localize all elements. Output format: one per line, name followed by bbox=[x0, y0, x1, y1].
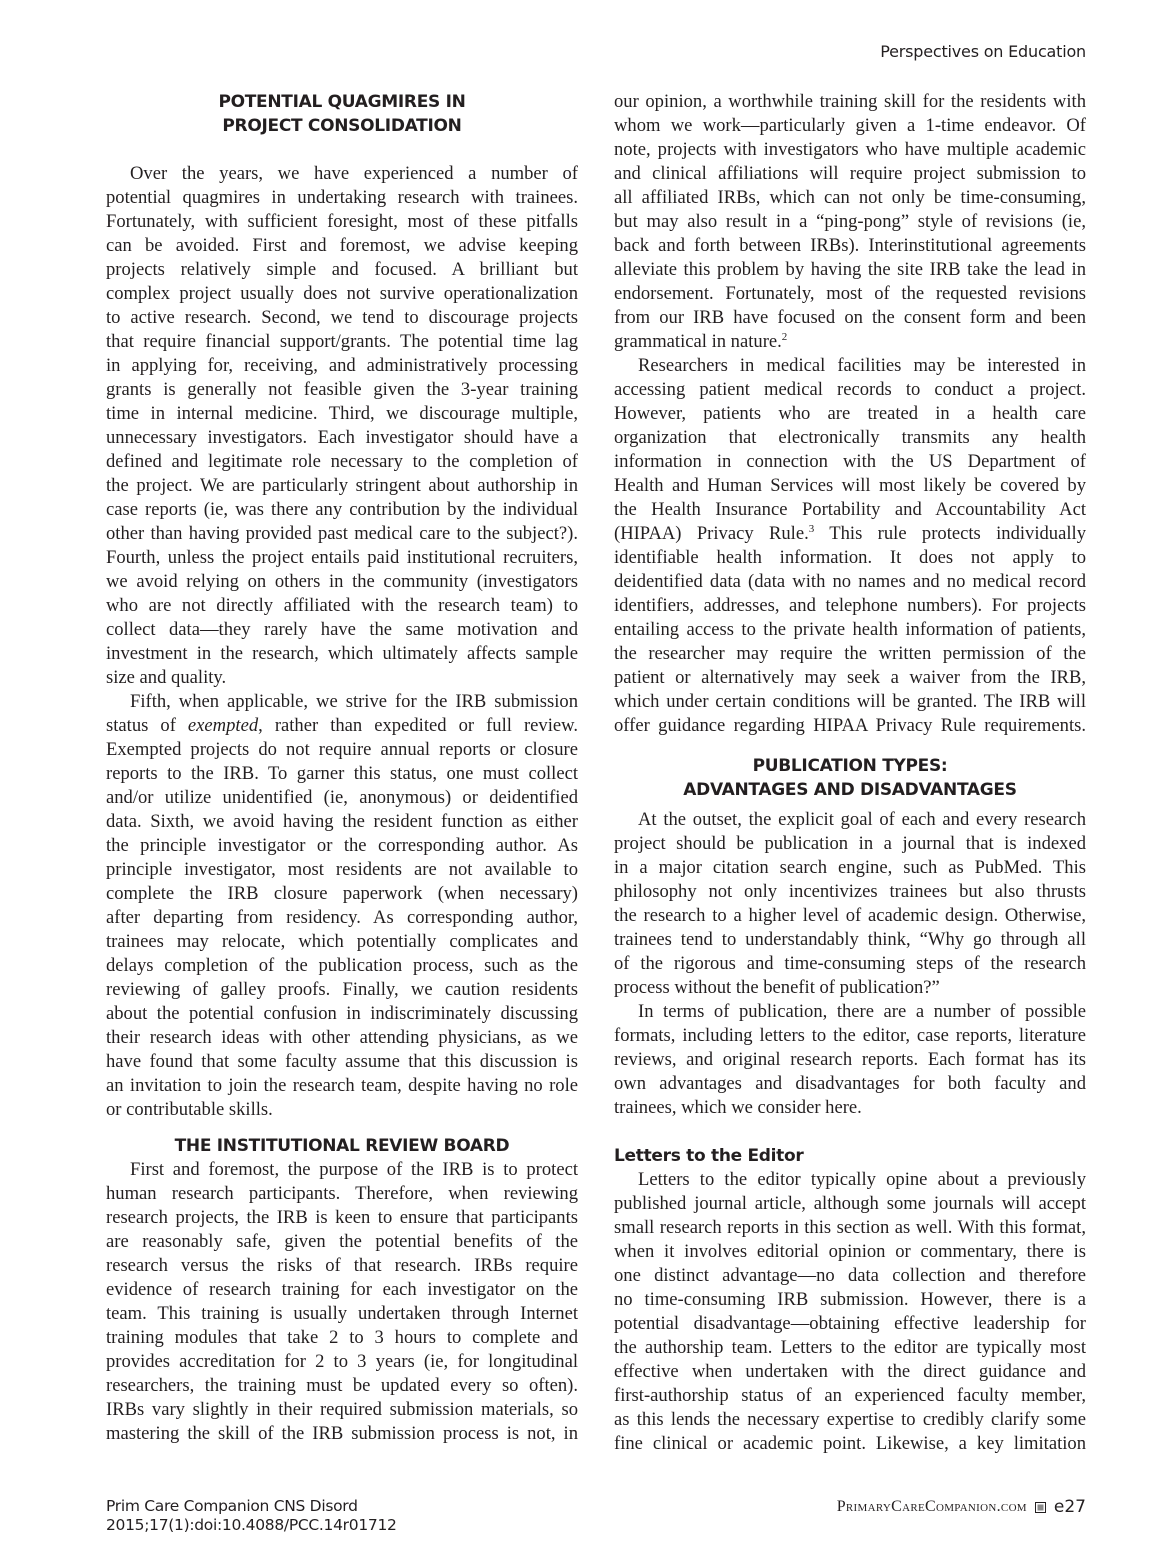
text-line: have found that some faculty assume that… bbox=[106, 1050, 578, 1074]
text-line: principle investigator, most residents a… bbox=[106, 858, 578, 882]
paragraph-irb-1: First and foremost, the purpose of the I… bbox=[106, 1158, 578, 1446]
text-line: offer guidance regarding HIPAA Privacy R… bbox=[614, 714, 1086, 738]
section-heading-publication-types: PUBLICATION TYPES: ADVANTAGES AND DISADV… bbox=[614, 754, 1086, 802]
text-line: identifiable health information. It does… bbox=[614, 546, 1086, 570]
text-line: project should be publication in a journ… bbox=[614, 832, 1086, 856]
section-heading-quagmires: POTENTIAL QUAGMIRES IN PROJECT CONSOLIDA… bbox=[106, 90, 578, 138]
text-line: philosophy not only incentivizes trainee… bbox=[614, 880, 1086, 904]
text-line: projects relatively simple and focused. … bbox=[106, 258, 578, 282]
text-line: all affiliated IRBs, which can not only … bbox=[614, 186, 1086, 210]
text-line: (HIPAA) Privacy Rule.3 This rule protect… bbox=[614, 522, 1086, 546]
paragraph-irb-continued: our opinion, a worthwhile training skill… bbox=[614, 90, 1086, 354]
text-line: First and foremost, the purpose of the I… bbox=[106, 1158, 578, 1182]
text-line: Exempted projects do not require annual … bbox=[106, 738, 578, 762]
journal-name: Prim Care Companion CNS Disord bbox=[106, 1497, 397, 1516]
text-line: the principle investigator or the corres… bbox=[106, 834, 578, 858]
text-line: small research reports in this section a… bbox=[614, 1216, 1086, 1240]
text-line: time in internal medicine. Third, we dis… bbox=[106, 402, 578, 426]
text-line: the authorship team. Letters to the edit… bbox=[614, 1336, 1086, 1360]
text-line: process without the benefit of publicati… bbox=[614, 976, 1086, 1000]
text-line: own advantages and disadvantages for bot… bbox=[614, 1072, 1086, 1096]
text-line: that require financial support/grants. T… bbox=[106, 330, 578, 354]
heading-line: ADVANTAGES AND DISADVANTAGES bbox=[614, 778, 1086, 802]
site-link[interactable]: PrimaryCareCompanion.com bbox=[837, 1498, 1027, 1516]
text-line: complex project usually does not survive… bbox=[106, 282, 578, 306]
text-line: fine clinical or academic point. Likewis… bbox=[614, 1432, 1086, 1456]
heading-line: PUBLICATION TYPES: bbox=[614, 754, 1086, 778]
text-line: no time-consuming IRB submission. Howeve… bbox=[614, 1288, 1086, 1312]
text-line: In terms of publication, there are a num… bbox=[614, 1000, 1086, 1024]
text-line: first-authorship status of an experience… bbox=[614, 1384, 1086, 1408]
text-line: as this lends the necessary expertise to… bbox=[614, 1408, 1086, 1432]
text-line: evidence of research training for each i… bbox=[106, 1278, 578, 1302]
text-line: in applying for, receiving, and administ… bbox=[106, 354, 578, 378]
emphasis-exempted: exempted bbox=[188, 715, 258, 736]
text-line: and/or utilize unidentified (ie, anonymo… bbox=[106, 786, 578, 810]
text-line: provides accreditation for 2 to 3 years … bbox=[106, 1350, 578, 1374]
text-line: of the rigorous and time-consuming steps… bbox=[614, 952, 1086, 976]
text-line: the Health Insurance Portability and Acc… bbox=[614, 498, 1086, 522]
paragraph-publication-2: In terms of publication, there are a num… bbox=[614, 1000, 1086, 1120]
text-line: other than having provided past medical … bbox=[106, 522, 578, 546]
heading-line: PROJECT CONSOLIDATION bbox=[106, 114, 578, 138]
text-line: research projects, the IRB is keen to en… bbox=[106, 1206, 578, 1230]
doi-citation[interactable]: 2015;17(1):doi:10.4088/PCC.14r01712 bbox=[106, 1516, 397, 1535]
right-column: our opinion, a worthwhile training skill… bbox=[614, 90, 1086, 1456]
text-line: the researcher may require the written p… bbox=[614, 642, 1086, 666]
text-line: data. Sixth, we avoid having the residen… bbox=[106, 810, 578, 834]
text-line: research versus the risks of that resear… bbox=[106, 1254, 578, 1278]
text-line: training modules that take 2 to 3 hours … bbox=[106, 1326, 578, 1350]
text-line: complete the IRB closure paperwork (when… bbox=[106, 882, 578, 906]
text-line: information in connection with the US De… bbox=[614, 450, 1086, 474]
text-line: defined and legitimate role necessary to… bbox=[106, 450, 578, 474]
text-line: one distinct advantage—no data collectio… bbox=[614, 1264, 1086, 1288]
text-line: about the potential confusion in indiscr… bbox=[106, 1002, 578, 1026]
subsection-heading-letters: Letters to the Editor bbox=[614, 1144, 1086, 1168]
text-line: are reasonably safe, given the potential… bbox=[106, 1230, 578, 1254]
text-line: can be avoided. First and foremost, we a… bbox=[106, 234, 578, 258]
text-line: trainees may relocate, which potentially… bbox=[106, 930, 578, 954]
text-line: Fourth, unless the project entails paid … bbox=[106, 546, 578, 570]
text-line: Health and Human Services will most like… bbox=[614, 474, 1086, 498]
text-line: published journal article, although some… bbox=[614, 1192, 1086, 1216]
text-line: endorsement. Fortunately, most of the re… bbox=[614, 282, 1086, 306]
text-line: Letters to the editor typically opine ab… bbox=[614, 1168, 1086, 1192]
text-line: but may also result in a “ping-pong” sty… bbox=[614, 210, 1086, 234]
text-line: the research to a higher level of academ… bbox=[614, 904, 1086, 928]
text-line: our opinion, a worthwhile training skill… bbox=[614, 90, 1086, 114]
text-line: identifiers, addresses, and telephone nu… bbox=[614, 594, 1086, 618]
footer-citation: Prim Care Companion CNS Disord 2015;17(1… bbox=[106, 1497, 397, 1535]
text-line: alleviate this problem by having the sit… bbox=[614, 258, 1086, 282]
text-line: trainees, which we consider here. bbox=[614, 1096, 1086, 1120]
text-line: However, patients who are treated in a h… bbox=[614, 402, 1086, 426]
heading-line: POTENTIAL QUAGMIRES IN bbox=[106, 90, 578, 114]
text-line: potential disadvantage—obtaining effecti… bbox=[614, 1312, 1086, 1336]
text-line: team. This training is usually undertake… bbox=[106, 1302, 578, 1326]
text-line: reports to the IRB. To garner this statu… bbox=[106, 762, 578, 786]
text-line: their research ideas with other attendin… bbox=[106, 1026, 578, 1050]
text-line: reviews, and original research reports. … bbox=[614, 1048, 1086, 1072]
paragraph-publication-1: At the outset, the explicit goal of each… bbox=[614, 808, 1086, 1000]
text-line: mastering the skill of the IRB submissio… bbox=[106, 1422, 578, 1446]
paragraph-letters-1: Letters to the editor typically opine ab… bbox=[614, 1168, 1086, 1456]
text-line: investment in the research, which ultima… bbox=[106, 642, 578, 666]
text-line: when it involves editorial opinion or co… bbox=[614, 1240, 1086, 1264]
text-line: IRBs vary slightly in their required sub… bbox=[106, 1398, 578, 1422]
text-line: formats, including letters to the editor… bbox=[614, 1024, 1086, 1048]
text-line: reviewing of galley proofs. Finally, we … bbox=[106, 978, 578, 1002]
text-line: the project. We are particularly stringe… bbox=[106, 474, 578, 498]
square-icon bbox=[1035, 1502, 1046, 1513]
text-line: size and quality. bbox=[106, 666, 578, 690]
text-line: back and forth between IRBs). Interinsti… bbox=[614, 234, 1086, 258]
text-line: potential quagmires in undertaking resea… bbox=[106, 186, 578, 210]
left-column: POTENTIAL QUAGMIRES IN PROJECT CONSOLIDA… bbox=[106, 90, 578, 1446]
text-line: At the outset, the explicit goal of each… bbox=[614, 808, 1086, 832]
text-line: organization that electronically transmi… bbox=[614, 426, 1086, 450]
footer-site: PrimaryCareCompanion.com e27 bbox=[837, 1497, 1086, 1517]
text-line: patient or alternatively may seek a waiv… bbox=[614, 666, 1086, 690]
text-line: who are not directly affiliated with the… bbox=[106, 594, 578, 618]
text-line: researchers, the training must be update… bbox=[106, 1374, 578, 1398]
text-line: human research participants. Therefore, … bbox=[106, 1182, 578, 1206]
text-line: an invitation to join the research team,… bbox=[106, 1074, 578, 1098]
text-line: Researchers in medical facilities may be… bbox=[614, 354, 1086, 378]
paragraph-quagmires-1: Over the years, we have experienced a nu… bbox=[106, 162, 578, 690]
text-line: in a major citation search engine, such … bbox=[614, 856, 1086, 880]
section-heading-irb: THE INSTITUTIONAL REVIEW BOARD bbox=[106, 1134, 578, 1158]
text-line: Fifth, when applicable, we strive for th… bbox=[106, 690, 578, 714]
text-line: and clinical affiliations will require p… bbox=[614, 162, 1086, 186]
text-line: grants is generally not feasible given t… bbox=[106, 378, 578, 402]
text-line: collect data—they rarely have the same m… bbox=[106, 618, 578, 642]
text-line: status of exempted, rather than expedite… bbox=[106, 714, 578, 738]
text-line: from our IRB have focused on the consent… bbox=[614, 306, 1086, 330]
reference-2[interactable]: 2 bbox=[782, 331, 788, 343]
text-line: entailing access to the private health i… bbox=[614, 618, 1086, 642]
text-line: delays completion of the publication pro… bbox=[106, 954, 578, 978]
text-line: case reports (ie, was there any contribu… bbox=[106, 498, 578, 522]
text-line: we avoid relying on others in the commun… bbox=[106, 570, 578, 594]
text-line: to active research. Second, we tend to d… bbox=[106, 306, 578, 330]
paragraph-quagmires-2: Fifth, when applicable, we strive for th… bbox=[106, 690, 578, 1122]
running-title: Perspectives on Education bbox=[880, 42, 1086, 61]
text-line: Over the years, we have experienced a nu… bbox=[106, 162, 578, 186]
paragraph-hipaa: Researchers in medical facilities may be… bbox=[614, 354, 1086, 738]
text-line: accessing patient medical records to con… bbox=[614, 378, 1086, 402]
text-line: after departing from residency. As corre… bbox=[106, 906, 578, 930]
text-line: note, projects with investigators who ha… bbox=[614, 138, 1086, 162]
text-line: whom we work—particularly given a 1-time… bbox=[614, 114, 1086, 138]
text-line: trainees tend to understandably think, “… bbox=[614, 928, 1086, 952]
text-line: deidentified data (data with no names an… bbox=[614, 570, 1086, 594]
text-line: grammatical in nature.2 bbox=[614, 330, 1086, 354]
page-number: e27 bbox=[1054, 1497, 1086, 1517]
text-line: unnecessary investigators. Each investig… bbox=[106, 426, 578, 450]
text-line: or contributable skills. bbox=[106, 1098, 578, 1122]
text-line: effective when undertaken with the direc… bbox=[614, 1360, 1086, 1384]
text-line: which under certain conditions will be g… bbox=[614, 690, 1086, 714]
text-line: Fortunately, with sufficient foresight, … bbox=[106, 210, 578, 234]
